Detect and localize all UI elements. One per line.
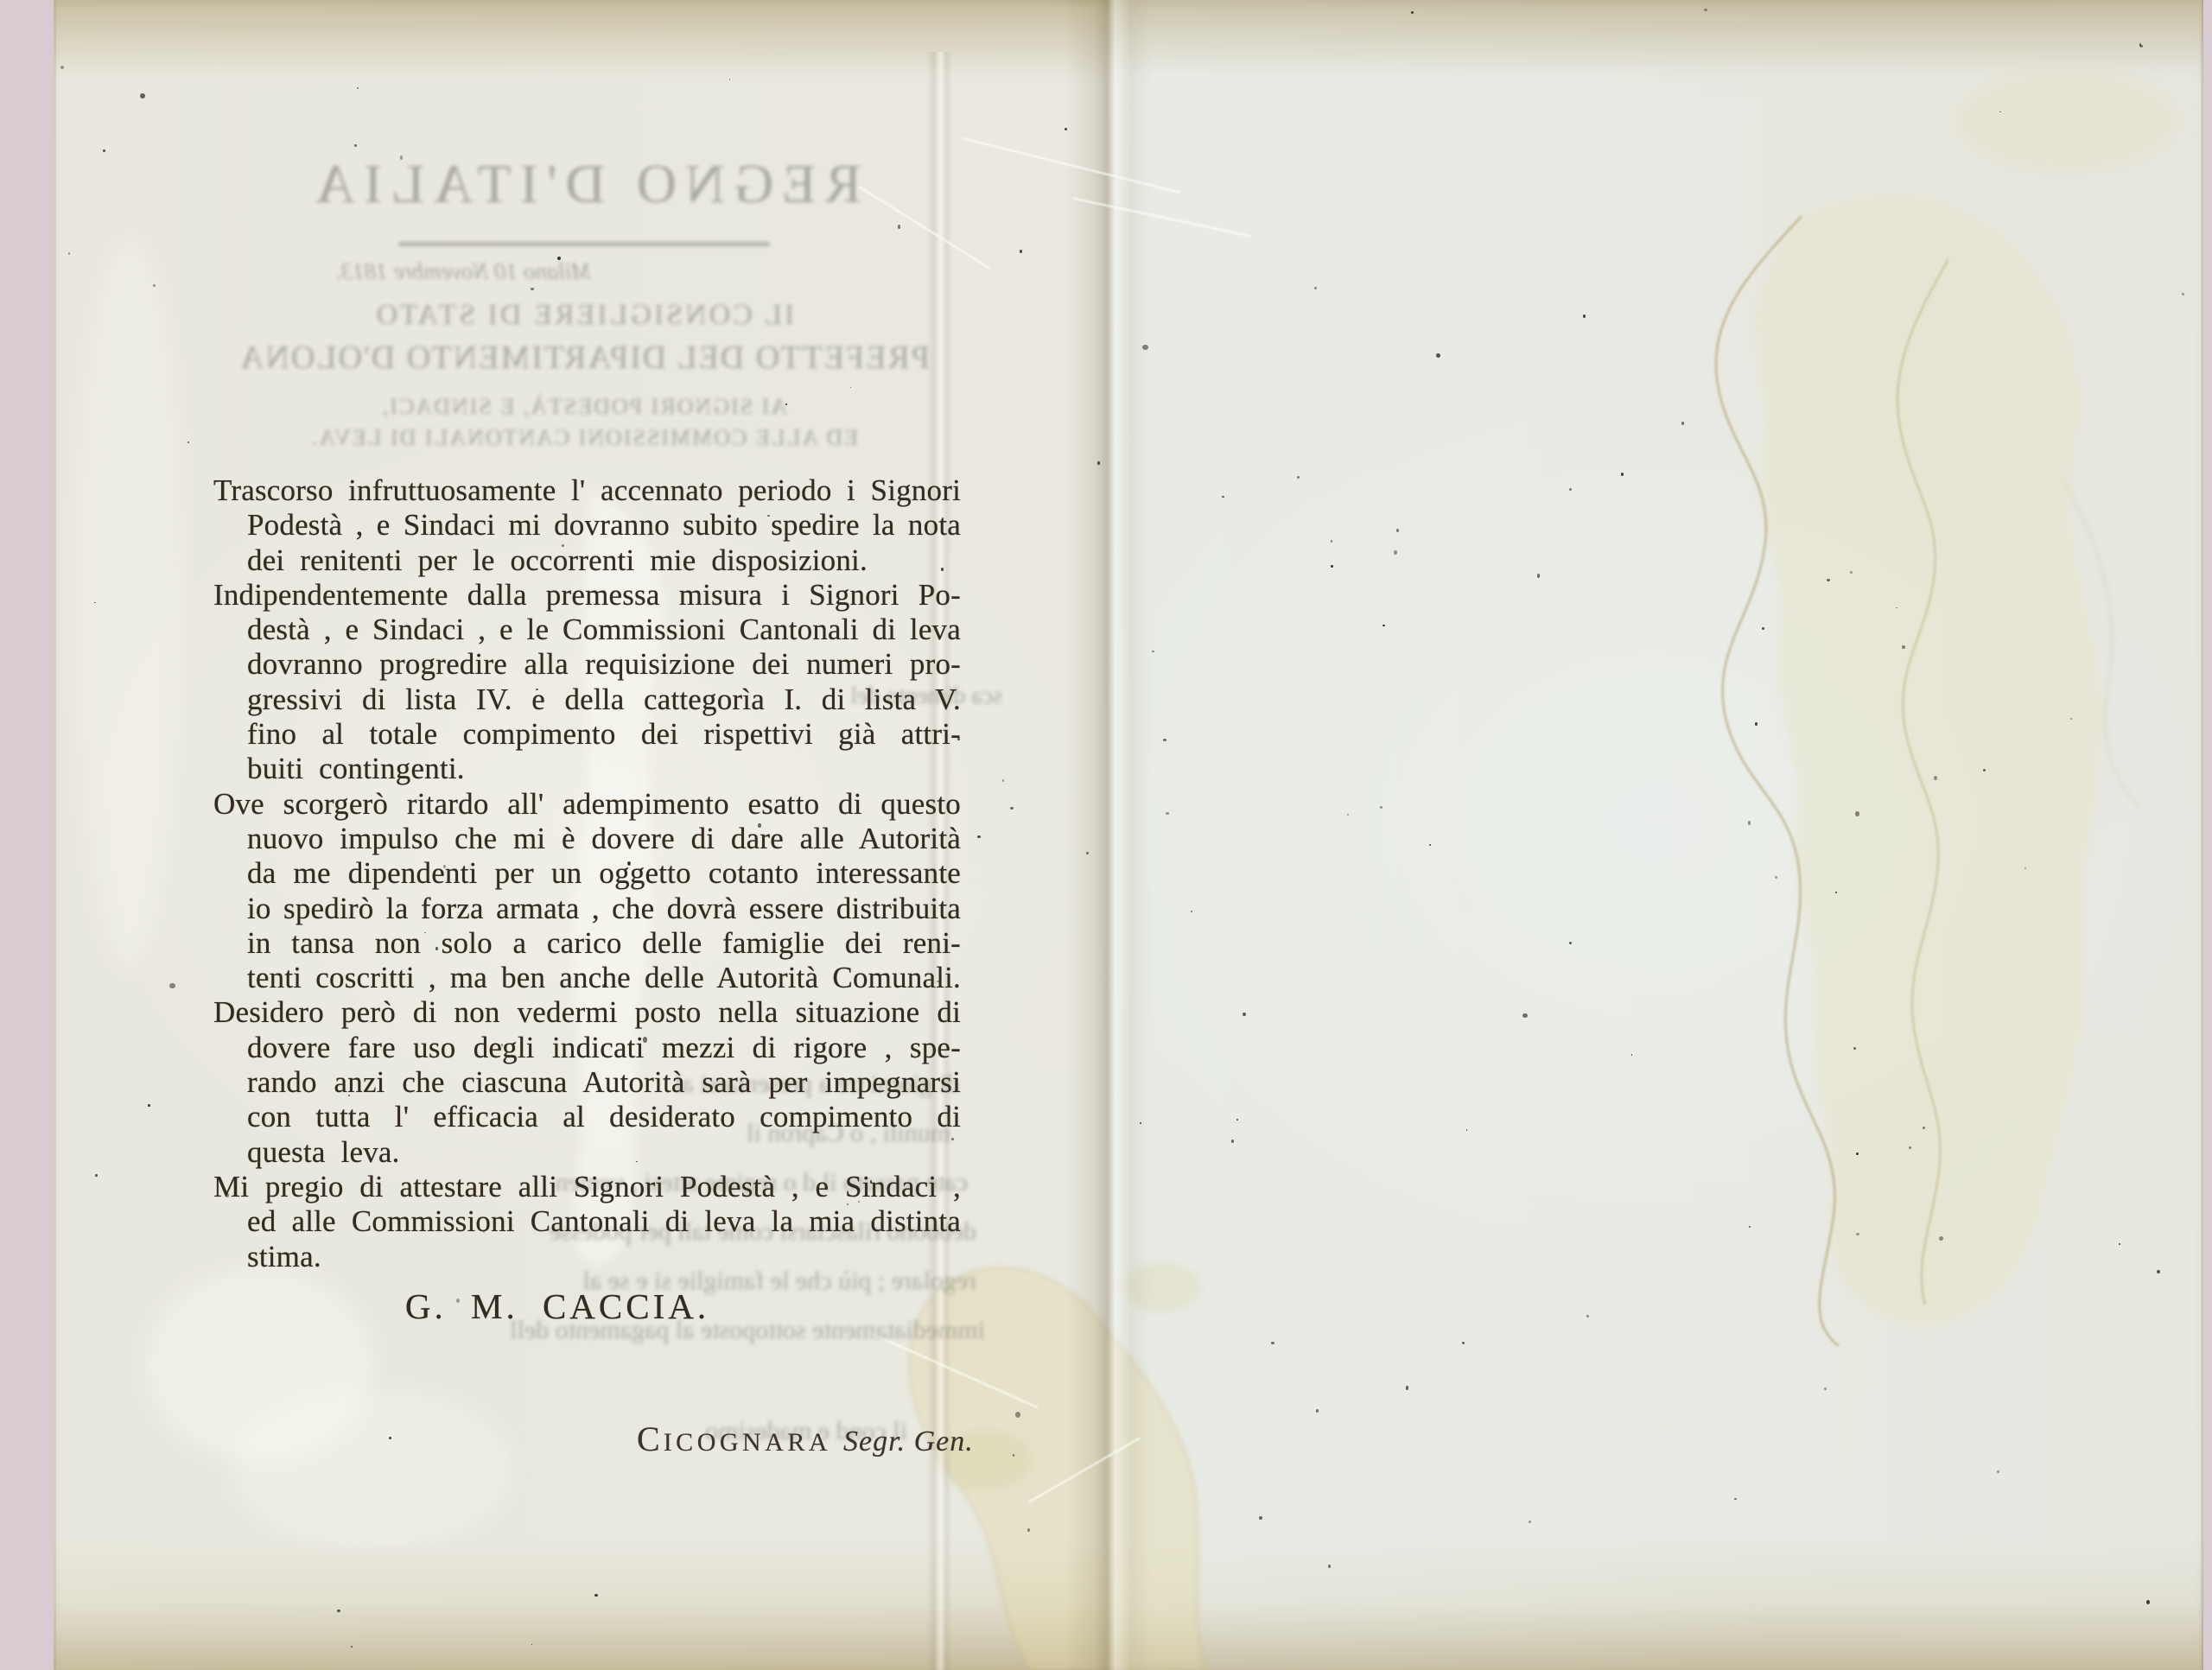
countersignature-initial: C xyxy=(637,1419,664,1458)
text-line: rando anzi che ciascuna Autorità sarà pe… xyxy=(202,1065,961,1100)
scanned-document-photo: REGNO D'ITALIA Milano 10 Novembre 1813. … xyxy=(0,0,2212,1670)
text-line: dei renitenti per le occorrenti mie disp… xyxy=(202,543,961,578)
right-page xyxy=(1110,0,2202,1670)
text-line: ed alle Commissioni Cantonali di leva la… xyxy=(202,1204,961,1239)
text-line: Trascorso infruttuosamente l' accennato … xyxy=(202,473,961,508)
text-line: Podestà , e Sindaci mi dovranno subito s… xyxy=(202,508,961,543)
text-line: buiti contingenti. xyxy=(202,752,961,786)
text-line: nuovo impulso che mi è dovere di dare al… xyxy=(202,822,961,856)
text-line: questa leva. xyxy=(202,1135,961,1170)
ghost-address-line: ED ALLE COMMISSIONI CANTONALI DI LEVA. xyxy=(204,425,964,451)
ghost-office-line: IL CONSIGLIERE DI STATO xyxy=(204,299,964,332)
text-line: io spedirò la forza armata , che dovrà e… xyxy=(202,892,961,926)
text-line: con tutta l' efficacia al desiderato com… xyxy=(202,1100,961,1134)
ghost-kingdom-title: REGNO D'ITALIA xyxy=(204,152,964,216)
text-line: Desidero però di non vedermi posto nella… xyxy=(202,995,961,1030)
countersignature-cicognara: CICOGNARASegr. Gen. xyxy=(637,1419,974,1459)
text-line: Ove scorgerò ritardo all' adempimento es… xyxy=(202,787,961,822)
ghost-showthrough-header: REGNO D'ITALIA Milano 10 Novembre 1813. … xyxy=(204,128,964,448)
text-line: in tansa non solo a carico delle famigli… xyxy=(202,926,961,961)
ghost-office-line: PREFETTO DEL DIPARTIMENTO D'OLONA xyxy=(204,339,964,377)
signature-caccia: G. M. CACCIA. xyxy=(178,1286,937,1327)
ghost-address-line: AI SIGNORI PODESTÀ, E SINDACI, xyxy=(204,394,964,420)
countersignature-title: Segr. Gen. xyxy=(843,1426,974,1457)
text-line: gressivi di lista IV. e della cattegorìa… xyxy=(202,683,961,717)
text-line: stima. xyxy=(202,1240,961,1274)
text-line: dovere fare uso degli indicati mezzi di … xyxy=(202,1031,961,1065)
ghost-dateline: Milano 10 Novembre 1813. xyxy=(83,258,843,285)
text-line: fino al totale compimento dei rispettivi… xyxy=(202,717,961,752)
text-line: da me dipendenti per un oggetto cotanto … xyxy=(202,856,961,891)
text-line: dovranno progredire alla requisizione de… xyxy=(202,647,961,682)
text-line: Mi pregio di attestare alli Signori Pode… xyxy=(202,1170,961,1204)
body-text: Trascorso infruttuosamente l' accennato … xyxy=(202,473,961,1274)
text-line: destà , e Sindaci , e le Commissioni Can… xyxy=(202,613,961,647)
text-line: tenti coscritti , ma ben anche delle Aut… xyxy=(202,961,961,995)
countersignature-name: ICOGNARA xyxy=(664,1428,831,1457)
ghost-rule xyxy=(398,242,770,246)
text-line: Indipendentemente dalla premessa misura … xyxy=(202,578,961,613)
center-fold-shadow xyxy=(1065,0,1152,1670)
